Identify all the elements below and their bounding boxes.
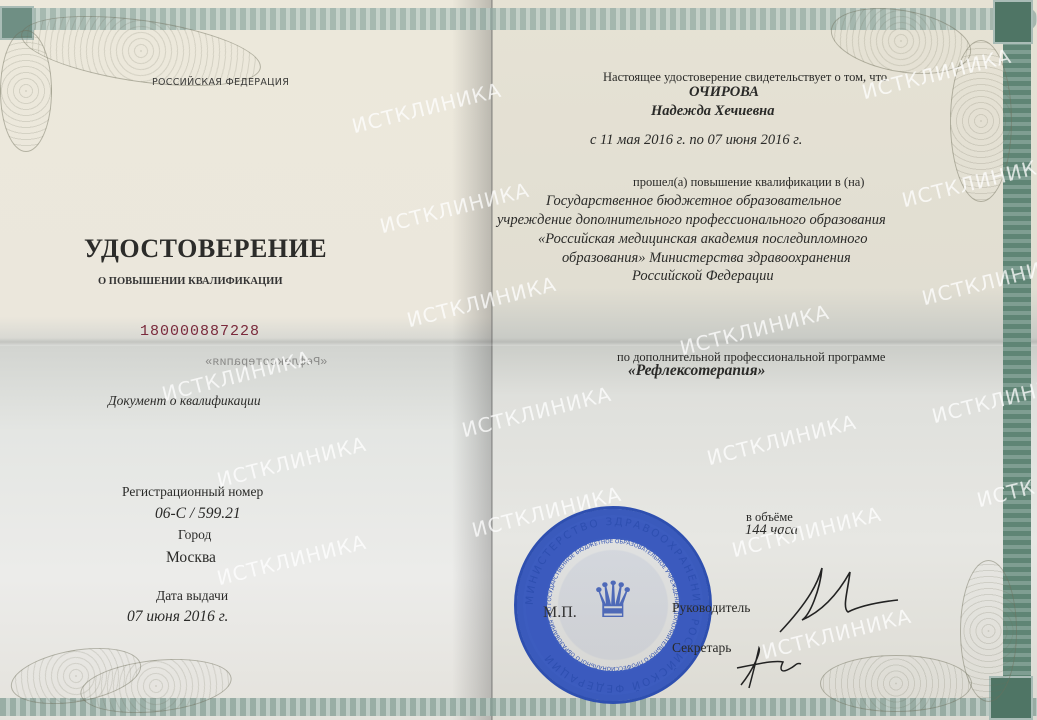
holder-surname: ОЧИРОВА xyxy=(689,84,759,101)
volume-value: 144 часа xyxy=(745,522,798,539)
country-label: РОССИЙСКАЯ ФЕДЕРАЦИЯ xyxy=(152,77,289,88)
institution-line-3: «Российская медицинская академия последи… xyxy=(538,231,867,248)
issue-date-label: Дата выдачи xyxy=(156,588,228,604)
institution-line-1: Государственное бюджетное образовательно… xyxy=(546,193,841,210)
registration-number: 06-С / 599.21 xyxy=(155,505,241,523)
guilloche-mesh xyxy=(0,30,52,152)
certificate-title: УДОСТОВЕРЕНИЕ xyxy=(84,234,327,264)
institution-line-2: учреждение дополнительного профессиональ… xyxy=(497,212,886,229)
seal-place-label: М.П. xyxy=(543,604,577,622)
city-label: Город xyxy=(178,527,211,543)
institution-line-5: Российской Федерации xyxy=(632,268,774,285)
certificate-subtitle: О ПОВЫШЕНИИ КВАЛИФИКАЦИИ xyxy=(98,276,283,287)
certificate-document: РОССИЙСКАЯ ФЕДЕРАЦИЯ УДОСТОВЕРЕНИЕ О ПОВ… xyxy=(0,0,1037,720)
head-signature xyxy=(770,560,900,640)
intro-text: Настоящее удостоверение свидетельствует … xyxy=(603,70,887,85)
corner-ornament-top-right xyxy=(993,0,1033,44)
guilloche-mesh xyxy=(820,655,972,712)
serial-number: 180000887228 xyxy=(140,323,260,340)
mirrored-imprint: «Рефлексотерапия» xyxy=(205,355,327,369)
issue-date: 07 июня 2016 г. xyxy=(127,608,228,626)
fold-shadow xyxy=(452,0,492,720)
completed-label: прошел(а) повышение квалификации в (на) xyxy=(633,175,864,190)
program-name: «Рефлексотерапия» xyxy=(628,362,765,380)
head-label: Руководитель xyxy=(672,600,750,616)
city-value: Москва xyxy=(166,549,216,567)
guilloche-mesh xyxy=(950,40,1012,202)
document-type: Документ о квалификации xyxy=(108,393,261,409)
registration-label: Регистрационный номер xyxy=(122,484,263,500)
holder-given-names: Надежда Хечиевна xyxy=(651,103,774,120)
secretary-label: Секретарь xyxy=(672,640,731,656)
training-period: с 11 мая 2016 г. по 07 июня 2016 г. xyxy=(590,132,802,149)
institution-line-4: образования» Министерства здравоохранени… xyxy=(562,250,851,267)
center-fold xyxy=(491,0,493,720)
double-headed-eagle-icon: ♛ xyxy=(579,565,647,635)
secretary-signature xyxy=(735,640,835,695)
